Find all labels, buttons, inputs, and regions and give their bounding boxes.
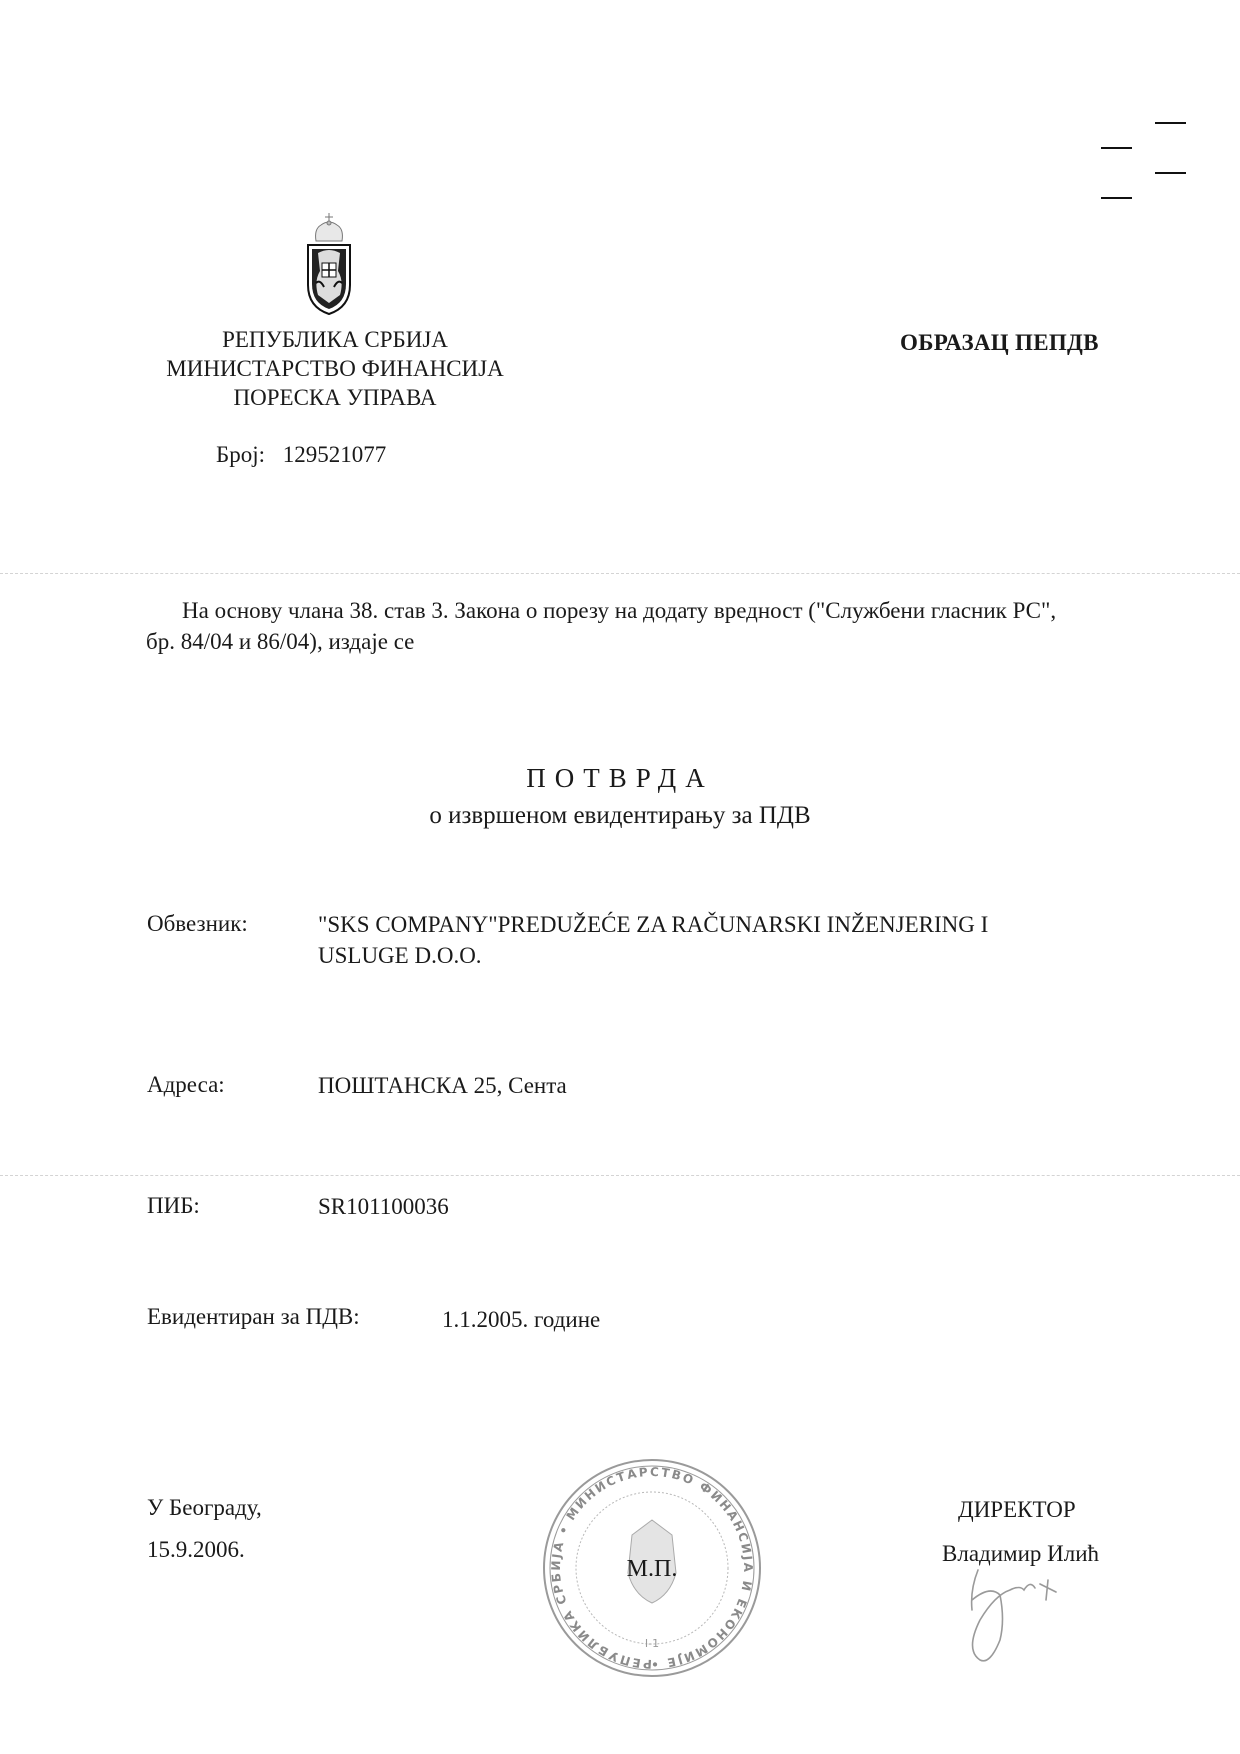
document-number-label: Број: [216, 442, 265, 467]
stamp-number: I-1 [645, 1637, 659, 1650]
legal-basis-line-2: бр. 84/04 и 86/04), издаје се [146, 626, 1156, 657]
form-code: ОБРАЗАЦ ПЕПДВ [900, 330, 1099, 356]
taxpayer-value-line-2: USLUGE D.O.O. [318, 940, 988, 971]
scan-fold-line [0, 573, 1240, 574]
document-number: Број: 129521077 [216, 442, 386, 468]
issuer-line-ministry: МИНИСТАРСТВО ФИНАНСИЈА [150, 354, 520, 383]
taxpayer-label: Обвезник: [147, 911, 248, 937]
official-stamp: РЕПУБЛИКА СРБИЈА • МИНИСТАРСТВО ФИНАНСИЈ… [530, 1455, 775, 1680]
scan-fold-line [0, 1175, 1240, 1176]
tax-id-value: SR101100036 [318, 1191, 449, 1222]
document-number-value: 129521077 [283, 442, 387, 467]
corner-mark [1155, 122, 1186, 124]
corner-mark [1101, 147, 1132, 149]
tax-id-label: ПИБ: [147, 1193, 200, 1219]
taxpayer-value: "SKS COMPANY"PREDUŽEĆE ZA RAČUNARSKI INŽ… [318, 909, 988, 971]
registered-label: Евидентиран за ПДВ: [147, 1304, 360, 1330]
stamp-label: М.П. [627, 1556, 678, 1582]
address-label: Адреса: [147, 1072, 225, 1098]
corner-mark [1101, 197, 1132, 199]
issuer-line-republic: РЕПУБЛИКА СРБИЈА [150, 325, 520, 354]
taxpayer-value-line-1: "SKS COMPANY"PREDUŽEĆE ZA RAČUNARSKI INŽ… [318, 909, 988, 940]
registered-value: 1.1.2005. године [442, 1304, 600, 1335]
document-subtitle: о извршеном евидентирању за ПДВ [0, 802, 1240, 830]
corner-mark [1155, 172, 1186, 174]
address-value: ПОШТАНСКА 25, Сента [318, 1070, 567, 1101]
document-title: ПОТВРДА [0, 763, 1240, 794]
director-title: ДИРЕКТОР [958, 1497, 1076, 1523]
legal-basis-paragraph: На основу члана 38. став 3. Закона о пор… [146, 595, 1156, 657]
coat-of-arms-icon [306, 211, 352, 315]
issue-date: 15.9.2006. [147, 1537, 245, 1563]
issuer-line-tax-administration: ПОРЕСКА УПРАВА [150, 383, 520, 412]
issuer-header: РЕПУБЛИКА СРБИЈА МИНИСТАРСТВО ФИНАНСИЈА … [150, 325, 520, 412]
legal-basis-line-1: На основу члана 38. став 3. Закона о пор… [146, 595, 1156, 626]
issue-place: У Београду, [147, 1495, 262, 1521]
signature-icon [960, 1560, 1070, 1670]
